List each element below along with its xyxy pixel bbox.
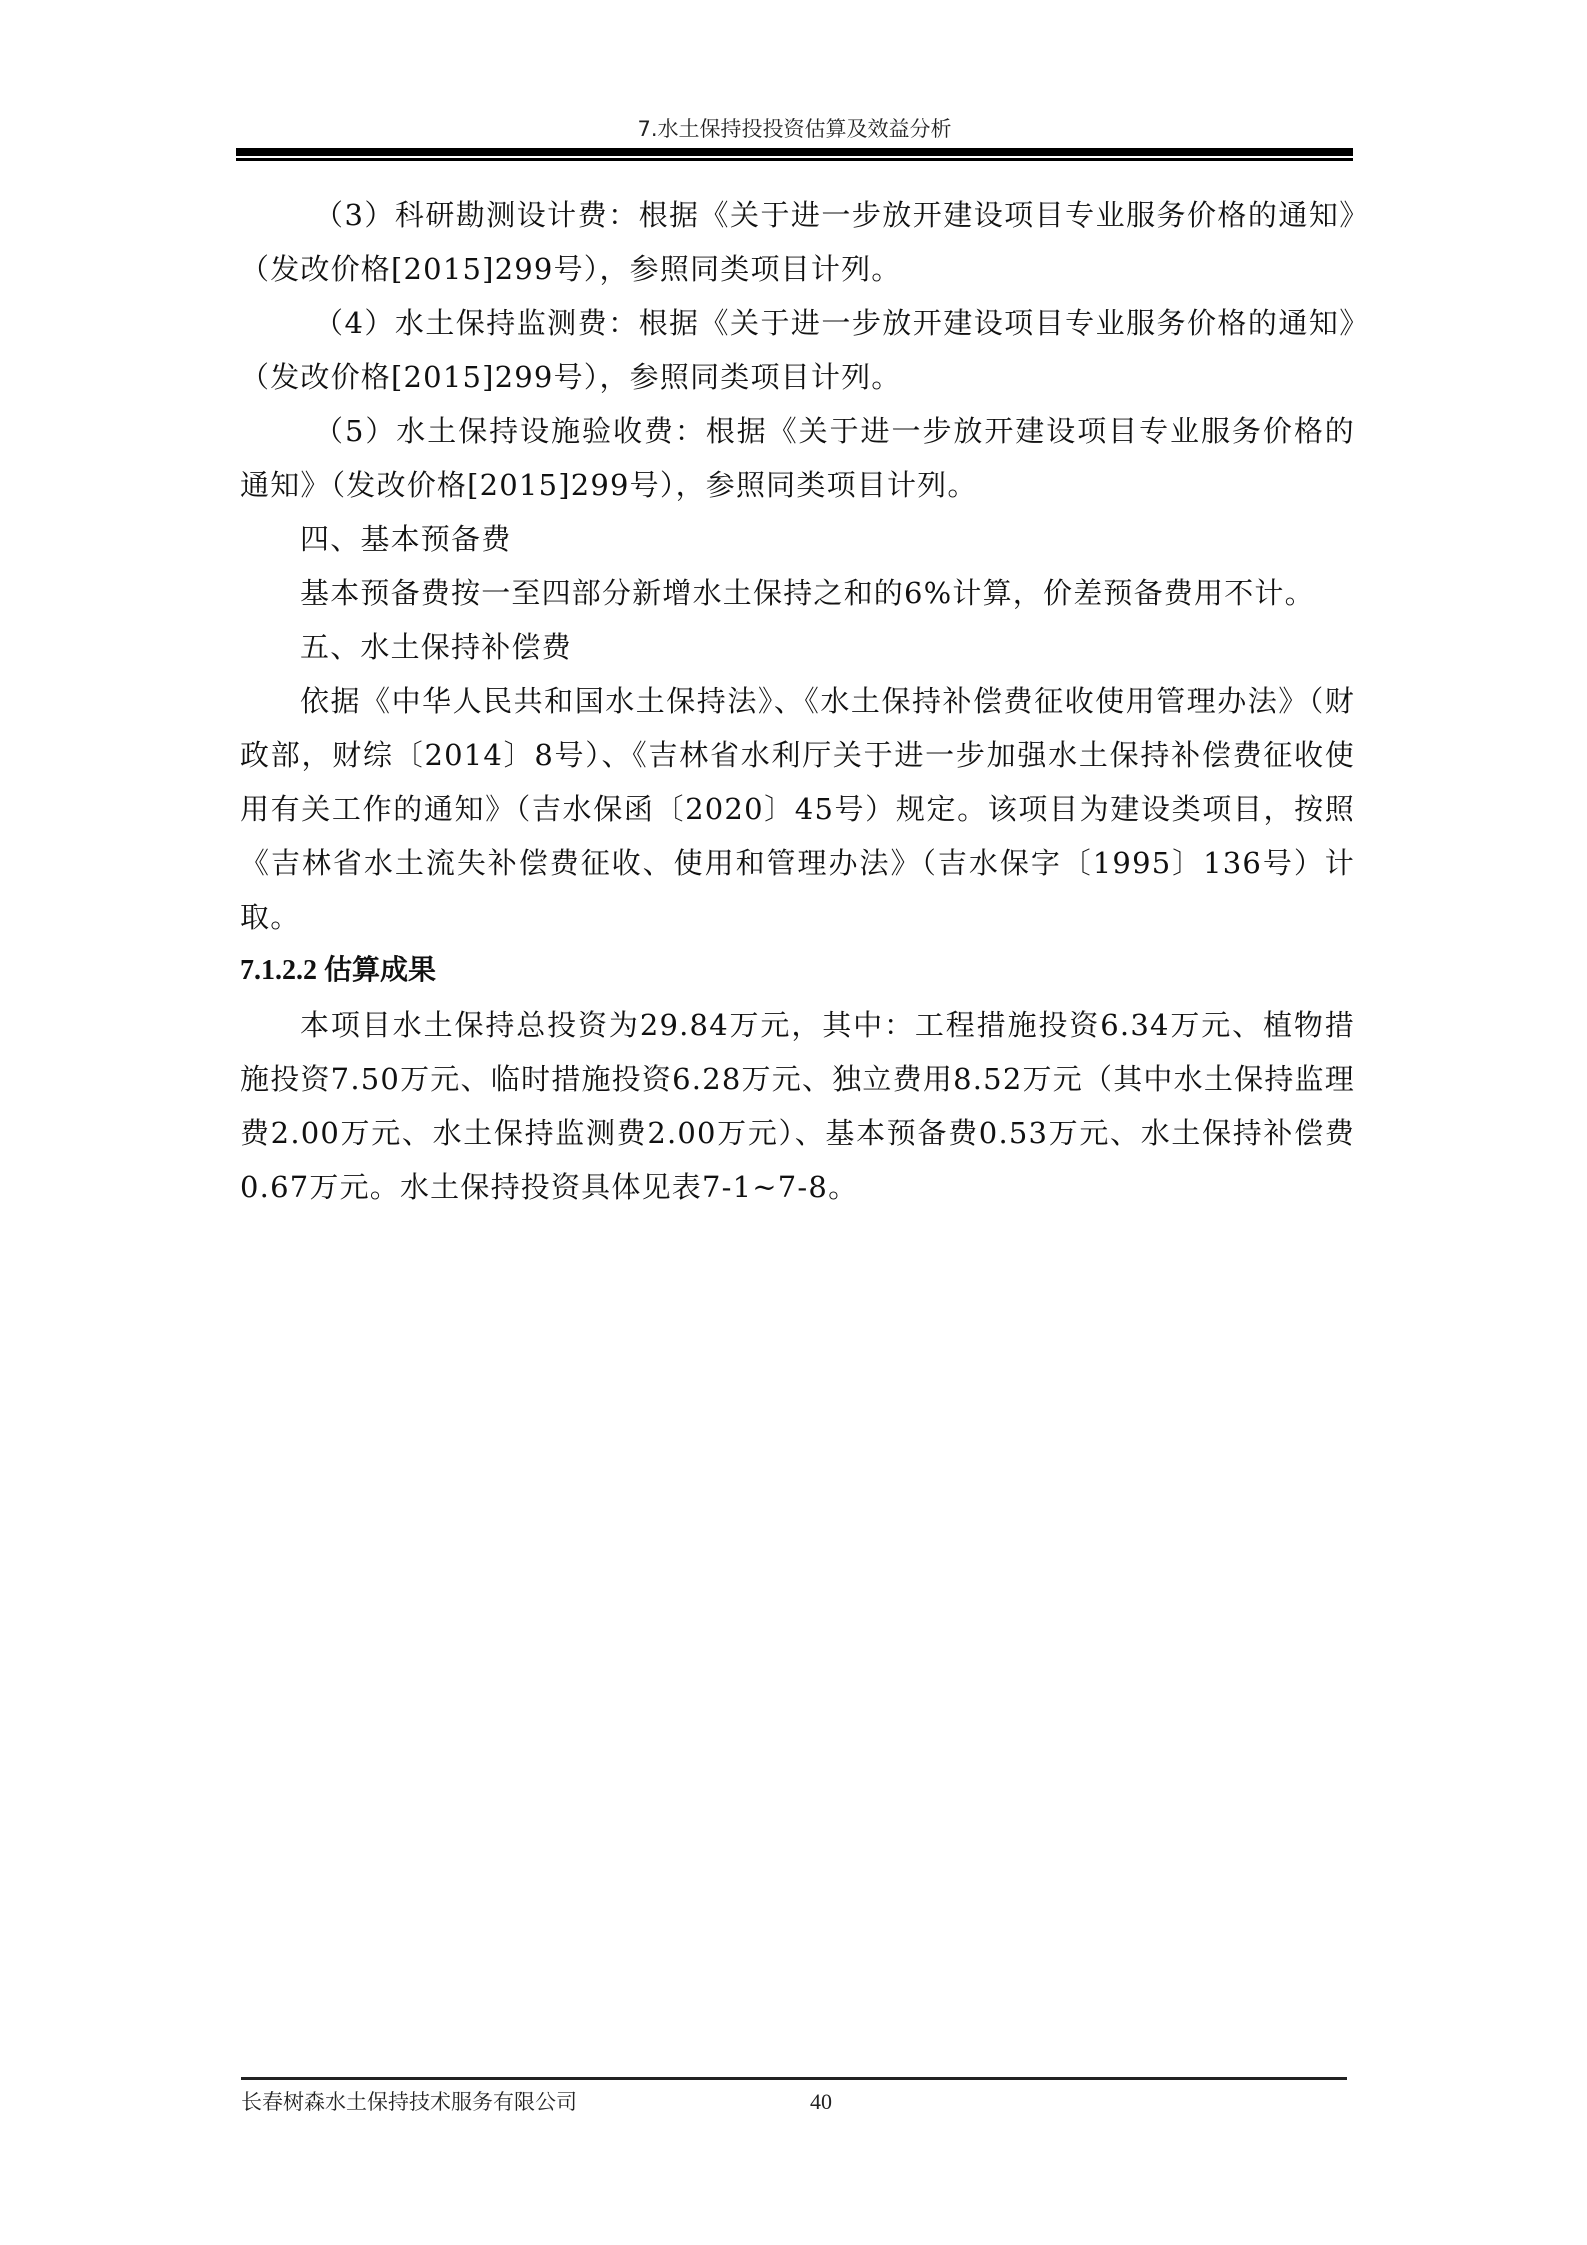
- header-rule-thick: [236, 148, 1353, 156]
- footer-rule: [241, 2077, 1347, 2080]
- body-text: （3）科研勘测设计费：根据《关于进一步放开建设项目专业服务价格的通知》（发改价格…: [240, 188, 1355, 1214]
- paragraph-research-design-fee: （3）科研勘测设计费：根据《关于进一步放开建设项目专业服务价格的通知》（发改价格…: [240, 188, 1355, 296]
- paragraph-basic-reserve: 基本预备费按一至四部分新增水土保持之和的6%计算，价差预备费用不计。: [240, 566, 1355, 620]
- paragraph-estimate-results: 本项目水土保持总投资为29.84万元，其中：工程措施投资6.34万元、植物措施投…: [240, 998, 1355, 1214]
- paragraph-monitoring-fee: （4）水土保持监测费：根据《关于进一步放开建设项目专业服务价格的通知》（发改价格…: [240, 296, 1355, 404]
- footer-company-name: 长春树森水土保持技术服务有限公司: [241, 2087, 577, 2117]
- document-page: 7.水土保持投投资估算及效益分析 （3）科研勘测设计费：根据《关于进一步放开建设…: [0, 0, 1587, 2245]
- section-heading-basic-reserve: 四、基本预备费: [240, 512, 1355, 566]
- paragraph-acceptance-fee: （5）水土保持设施验收费：根据《关于进一步放开建设项目专业服务价格的通知》（发改…: [240, 404, 1355, 512]
- running-header: 7.水土保持投投资估算及效益分析: [236, 112, 1353, 146]
- section-heading-compensation-fee: 五、水土保持补偿费: [240, 620, 1355, 674]
- paragraph-compensation-fee: 依据《中华人民共和国水土保持法》、《水土保持补偿费征收使用管理办法》（财政部，财…: [240, 674, 1355, 944]
- subheading-estimate-results: 7.1.2.2 估算成果: [240, 944, 1355, 998]
- page-number: 40: [810, 2087, 832, 2117]
- header-rule-thin: [236, 158, 1353, 161]
